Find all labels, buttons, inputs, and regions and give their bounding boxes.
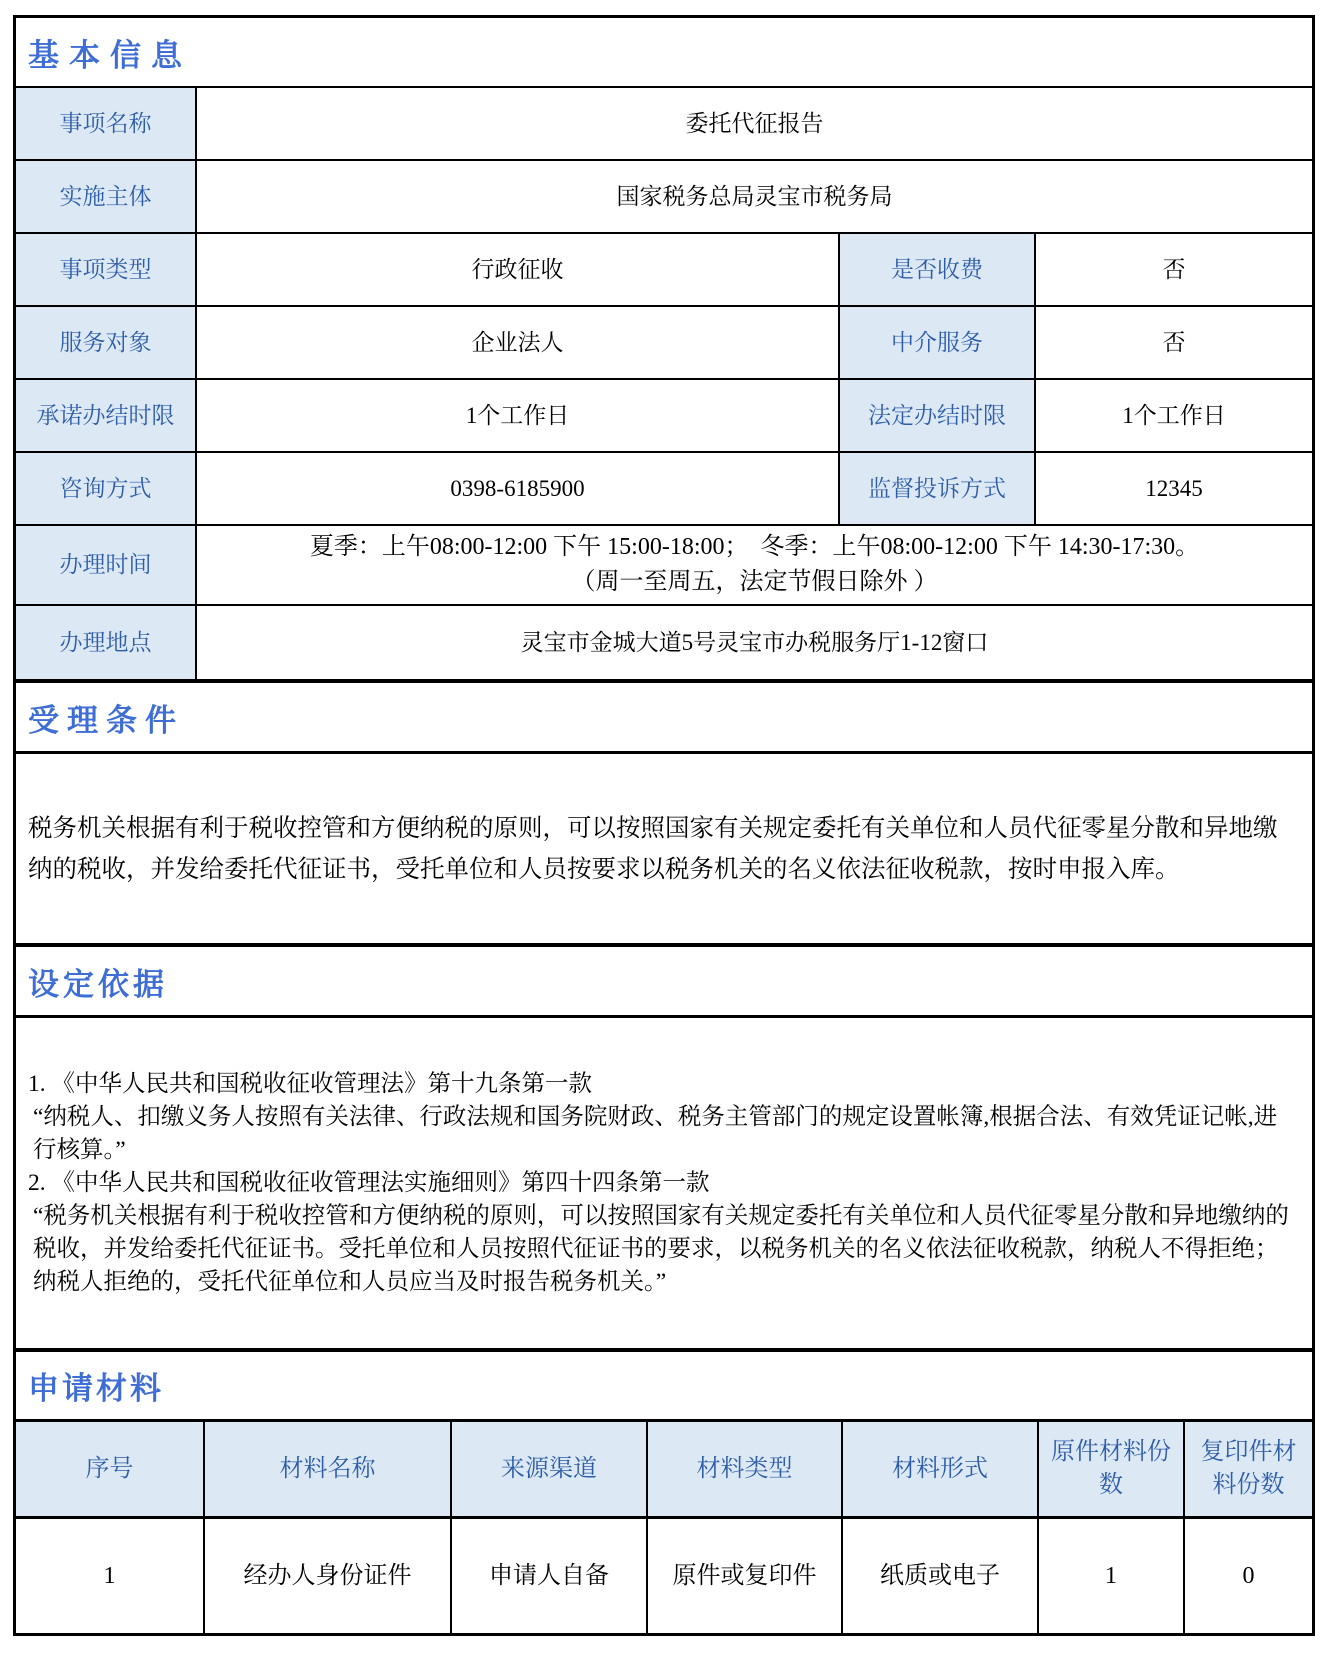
cell-material-name: 经办人身份证件	[203, 1519, 450, 1633]
header-material-type: 材料类型	[646, 1422, 841, 1516]
value-consultation-phone: 0398-6185900	[195, 453, 838, 524]
table-row: 事项类型 行政征收 是否收费 否	[16, 232, 1312, 305]
section-title-application-materials: 申请材料	[16, 1348, 1312, 1419]
office-hours-line2: （周一至周五，法定节假日除外 ）	[572, 565, 938, 600]
legal-basis-item-2-quote: “税务机关根据有利于税收控管和方便纳税的原则，可以按照国家有关规定委托有关单位和…	[28, 1200, 1300, 1299]
office-hours-line1: 夏季：上午08:00-12:00 下午 15:00-18:00； 冬季：上午08…	[310, 530, 1199, 565]
acceptance-conditions-content: 税务机关根据有利于税收控管和方便纳税的原则，可以按照国家有关规定委托有关单位和人…	[16, 751, 1312, 943]
value-promised-time-limit: 1个工作日	[195, 380, 838, 451]
cell-source-channel: 申请人自备	[450, 1519, 646, 1633]
table-row: 事项名称 委托代征报告	[16, 86, 1312, 159]
header-sequence-number: 序号	[16, 1422, 203, 1516]
label-service-target: 服务对象	[16, 307, 195, 378]
header-material-name: 材料名称	[203, 1422, 450, 1516]
legal-basis-item-1-quote: “纳税人、扣缴义务人按照有关法律、行政法规和国务院财政、税务主管部门的规定设置帐…	[28, 1101, 1300, 1167]
acceptance-conditions-text: 税务机关根据有利于税收控管和方便纳税的原则，可以按照国家有关规定委托有关单位和人…	[28, 808, 1300, 890]
value-service-target: 企业法人	[195, 307, 838, 378]
legal-basis-item-1-heading: 1. 《中华人民共和国税收征收管理法》第十九条第一款	[28, 1068, 1300, 1101]
table-row: 承诺办结时限 1个工作日 法定办结时限 1个工作日	[16, 378, 1312, 451]
section-title-acceptance-conditions: 受理条件	[16, 679, 1312, 751]
table-row: 咨询方式 0398-6185900 监督投诉方式 12345	[16, 451, 1312, 524]
label-promised-time-limit: 承诺办结时限	[16, 380, 195, 451]
value-supervision-hotline: 12345	[1034, 453, 1312, 524]
value-office-location: 灵宝市金城大道5号灵宝市办税服务厅1-12窗口	[195, 606, 1312, 679]
value-statutory-time-limit: 1个工作日	[1034, 380, 1312, 451]
label-intermediary-service: 中介服务	[838, 307, 1034, 378]
header-photocopy-copies: 复印件材料份数	[1183, 1422, 1312, 1516]
label-item-name: 事项名称	[16, 88, 195, 159]
value-fee-charged: 否	[1034, 234, 1312, 305]
application-materials-table: 序号 材料名称 来源渠道 材料类型 材料形式 原件材料份数 复印件材料份数 1 …	[16, 1419, 1312, 1633]
cell-material-form: 纸质或电子	[841, 1519, 1037, 1633]
header-source-channel: 来源渠道	[450, 1422, 646, 1516]
label-statutory-time-limit: 法定办结时限	[838, 380, 1034, 451]
label-fee-charged: 是否收费	[838, 234, 1034, 305]
value-item-name: 委托代征报告	[195, 88, 1312, 159]
cell-sequence-number: 1	[16, 1519, 203, 1633]
value-implementing-body: 国家税务总局灵宝市税务局	[195, 161, 1312, 232]
value-office-hours: 夏季：上午08:00-12:00 下午 15:00-18:00； 冬季：上午08…	[195, 526, 1312, 604]
materials-header-row: 序号 材料名称 来源渠道 材料类型 材料形式 原件材料份数 复印件材料份数	[16, 1419, 1312, 1516]
label-implementing-body: 实施主体	[16, 161, 195, 232]
basic-info-table: 事项名称 委托代征报告 实施主体 国家税务总局灵宝市税务局 事项类型 行政征收 …	[16, 86, 1312, 679]
section-title-legal-basis: 设定依据	[16, 943, 1312, 1015]
value-intermediary-service: 否	[1034, 307, 1312, 378]
document-page: 基本信息 事项名称 委托代征报告 实施主体 国家税务总局灵宝市税务局 事项类型 …	[0, 0, 1328, 1660]
value-item-type: 行政征收	[195, 234, 838, 305]
table-row: 服务对象 企业法人 中介服务 否	[16, 305, 1312, 378]
cell-material-type: 原件或复印件	[646, 1519, 841, 1633]
materials-data-row: 1 经办人身份证件 申请人自备 原件或复印件 纸质或电子 1 0	[16, 1516, 1312, 1633]
table-row: 办理地点 灵宝市金城大道5号灵宝市办税服务厅1-12窗口	[16, 604, 1312, 679]
legal-basis-content: 1. 《中华人民共和国税收征收管理法》第十九条第一款 “纳税人、扣缴义务人按照有…	[16, 1015, 1312, 1348]
cell-original-copies: 1	[1037, 1519, 1183, 1633]
legal-basis-item-2-heading: 2. 《中华人民共和国税收征收管理法实施细则》第四十四条第一款	[28, 1167, 1300, 1200]
service-item-document: 基本信息 事项名称 委托代征报告 实施主体 国家税务总局灵宝市税务局 事项类型 …	[13, 15, 1315, 1636]
header-original-copies: 原件材料份数	[1037, 1422, 1183, 1516]
table-row: 办理时间 夏季：上午08:00-12:00 下午 15:00-18:00； 冬季…	[16, 524, 1312, 604]
label-supervision-complaint: 监督投诉方式	[838, 453, 1034, 524]
section-title-basic-info: 基本信息	[16, 18, 1312, 86]
label-consultation-method: 咨询方式	[16, 453, 195, 524]
header-material-form: 材料形式	[841, 1422, 1037, 1516]
table-row: 实施主体 国家税务总局灵宝市税务局	[16, 159, 1312, 232]
cell-photocopy-copies: 0	[1183, 1519, 1312, 1633]
label-office-hours: 办理时间	[16, 526, 195, 604]
label-item-type: 事项类型	[16, 234, 195, 305]
label-office-location: 办理地点	[16, 606, 195, 679]
